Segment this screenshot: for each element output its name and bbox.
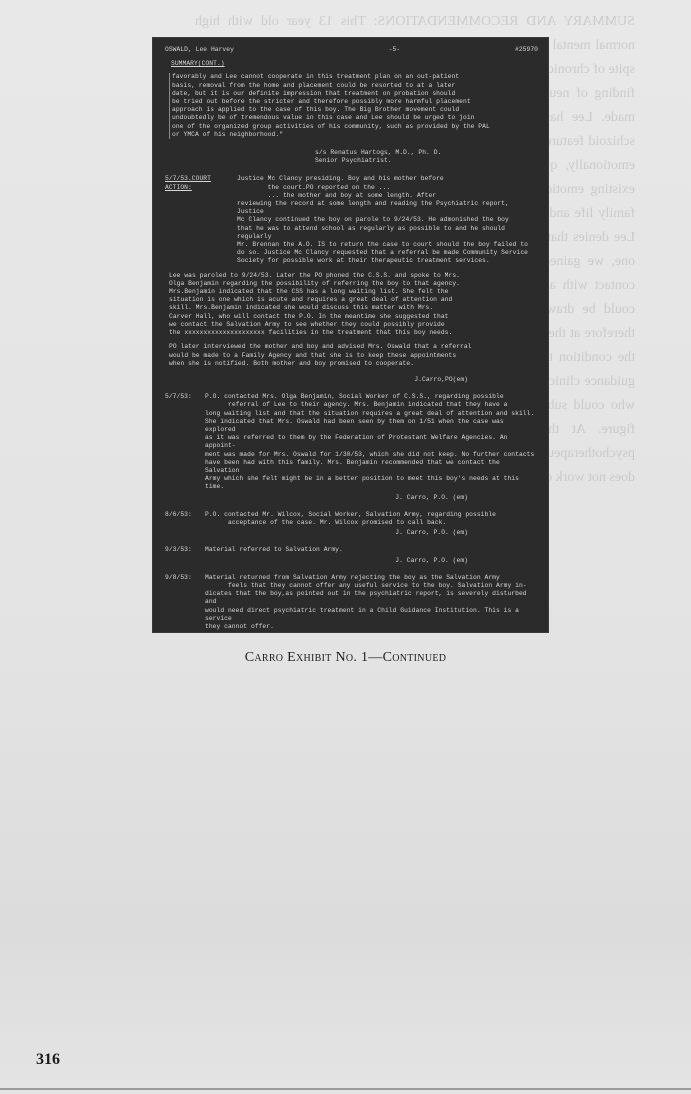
psychiatrist-signature: s/s Renatus Hartogs, M.D., Ph. D. Senior… bbox=[315, 149, 538, 165]
document-page: SUMMARY AND RECOMMENDATIONS: This 13 yea… bbox=[0, 0, 691, 1094]
entry-date: 9/3/53: bbox=[165, 546, 205, 554]
record-entry: 5/7/53: P.O. contacted Mrs. Olga Benjami… bbox=[165, 393, 538, 491]
probation-officer-signature: J.Carro,PO(em) bbox=[165, 376, 538, 384]
entry-date: 5/7/53: bbox=[165, 393, 205, 491]
agency-referral-paragraph: Lee was paroled to 9/24/53. Later the PO… bbox=[169, 272, 538, 338]
entry-body: P.O. contacted Mrs. Olga Benjamin, Socia… bbox=[205, 393, 538, 491]
case-number: #25970 bbox=[515, 46, 538, 54]
entry-signature: J. Carro, P.O. (em) bbox=[165, 494, 538, 502]
exhibit-photostat: OSWALD, Lee Harvey -5- #25970 SUMMARY(CO… bbox=[153, 38, 548, 632]
record-entry: 9/3/53: Material referred to Salvation A… bbox=[165, 546, 538, 554]
court-action-entry: 5/7/53.COURT ACTION: Justice Mc Clancy p… bbox=[165, 175, 538, 265]
subject-name: OSWALD, Lee Harvey bbox=[165, 46, 234, 54]
interview-paragraph: PO later interviewed the mother and boy … bbox=[169, 343, 538, 368]
page-bottom-edge bbox=[0, 1088, 691, 1090]
entry-body: P.O. contacted Mr. Wilcox, Social Worker… bbox=[205, 511, 538, 527]
entry-body: Material referred to Salvation Army. bbox=[205, 546, 538, 554]
entry-date: 9/8/53: bbox=[165, 574, 205, 631]
entry-signature: J. Carro, P.O. (em) bbox=[165, 529, 538, 537]
exhibit-caption: Carro Exhibit No. 1—Continued bbox=[0, 650, 691, 666]
page-number: 316 bbox=[36, 1051, 60, 1069]
entry-date: 8/6/53: bbox=[165, 511, 205, 527]
record-entry: 8/6/53: P.O. contacted Mr. Wilcox, Socia… bbox=[165, 511, 538, 527]
entry-body: Material returned from Salvation Army re… bbox=[205, 574, 538, 631]
typewritten-record: OSWALD, Lee Harvey -5- #25970 SUMMARY(CO… bbox=[165, 46, 538, 632]
entry-signature: J. Carro, P.O. (em) bbox=[165, 557, 538, 565]
summary-heading: SUMMARY(CONT.) bbox=[171, 60, 538, 68]
record-entry: 9/8/53: Material returned from Salvation… bbox=[165, 574, 538, 631]
summary-paragraph: favorably and Lee cannot cooperate in th… bbox=[169, 73, 538, 139]
court-action-date: 5/7/53.COURT ACTION: bbox=[165, 175, 237, 265]
record-page-number: -5- bbox=[389, 46, 401, 54]
record-header: OSWALD, Lee Harvey -5- #25970 bbox=[165, 46, 538, 54]
court-action-body: Justice Mc Clancy presiding. Boy and his… bbox=[237, 175, 538, 265]
